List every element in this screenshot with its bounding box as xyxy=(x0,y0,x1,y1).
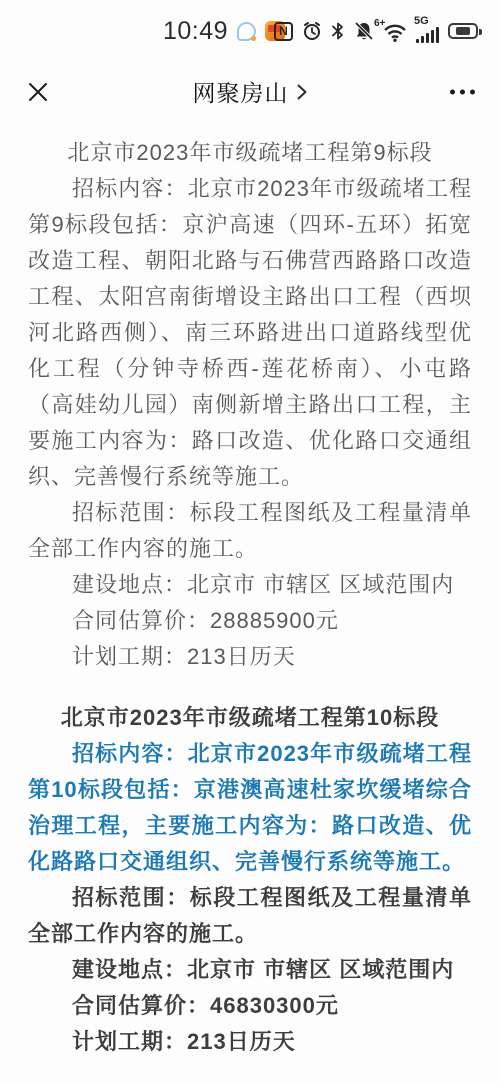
more-menu-button[interactable] xyxy=(450,89,475,94)
network-5g-badge: 5G xyxy=(414,15,429,27)
section-9-duration: 计划工期：213日历天 xyxy=(28,639,472,675)
status-bar: 10:49 N 6+ xyxy=(0,0,500,62)
section-9-title: 北京市2023年市级疏堵工程第9标段 xyxy=(28,135,472,171)
wifi6-badge: 6+ xyxy=(374,18,385,29)
chevron-right-icon xyxy=(296,83,308,101)
section-10-scope: 招标范围：标段工程图纸及工程量清单全部工作内容的施工。 xyxy=(28,880,472,952)
section-10: 北京市2023年市级疏堵工程第10标段 招标内容：北京市2023年市级疏堵工程第… xyxy=(28,700,472,1060)
section-10-title: 北京市2023年市级疏堵工程第10标段 xyxy=(28,700,472,736)
article-body: 北京市2023年市级疏堵工程第9标段 招标内容：北京市2023年市级疏堵工程第9… xyxy=(0,121,500,1060)
nfc-icon: N xyxy=(274,22,293,41)
section-10-price: 合同估算价：46830300元 xyxy=(28,988,472,1024)
section-10-duration: 计划工期：213日历天 xyxy=(28,1024,472,1060)
bluetooth-icon xyxy=(331,21,345,41)
section-9: 北京市2023年市级疏堵工程第9标段 招标内容：北京市2023年市级疏堵工程第9… xyxy=(28,135,472,675)
nav-bar: 网聚房山 xyxy=(0,62,500,121)
clock: 10:49 xyxy=(163,17,228,46)
wifi-icon: 6+ xyxy=(383,21,407,42)
account-name: 网聚房山 xyxy=(193,75,289,108)
section-9-content: 招标内容：北京市2023年市级疏堵工程第9标段包括：京沪高速（四环-五环）拓宽改… xyxy=(28,171,472,495)
section-9-location: 建设地点：北京市 市辖区 区域范围内 xyxy=(28,567,472,603)
section-9-price: 合同估算价：28885900元 xyxy=(28,603,472,639)
close-button[interactable] xyxy=(25,79,51,105)
section-10-location: 建设地点：北京市 市辖区 区域范围内 xyxy=(28,952,472,988)
section-9-scope: 招标范围：标段工程图纸及工程量清单全部工作内容的施工。 xyxy=(28,495,472,567)
account-title-link[interactable]: 网聚房山 xyxy=(193,75,308,108)
cellular-signal-icon: 5G xyxy=(416,19,439,43)
alarm-icon xyxy=(302,21,322,41)
section-10-content: 招标内容：北京市2023年市级疏堵工程第10标段包括：京港澳高速杜家坎缓堵综合治… xyxy=(28,736,472,880)
chat-notification-icon xyxy=(237,22,256,41)
mute-bell-icon xyxy=(354,21,374,41)
battery-icon xyxy=(448,23,478,39)
